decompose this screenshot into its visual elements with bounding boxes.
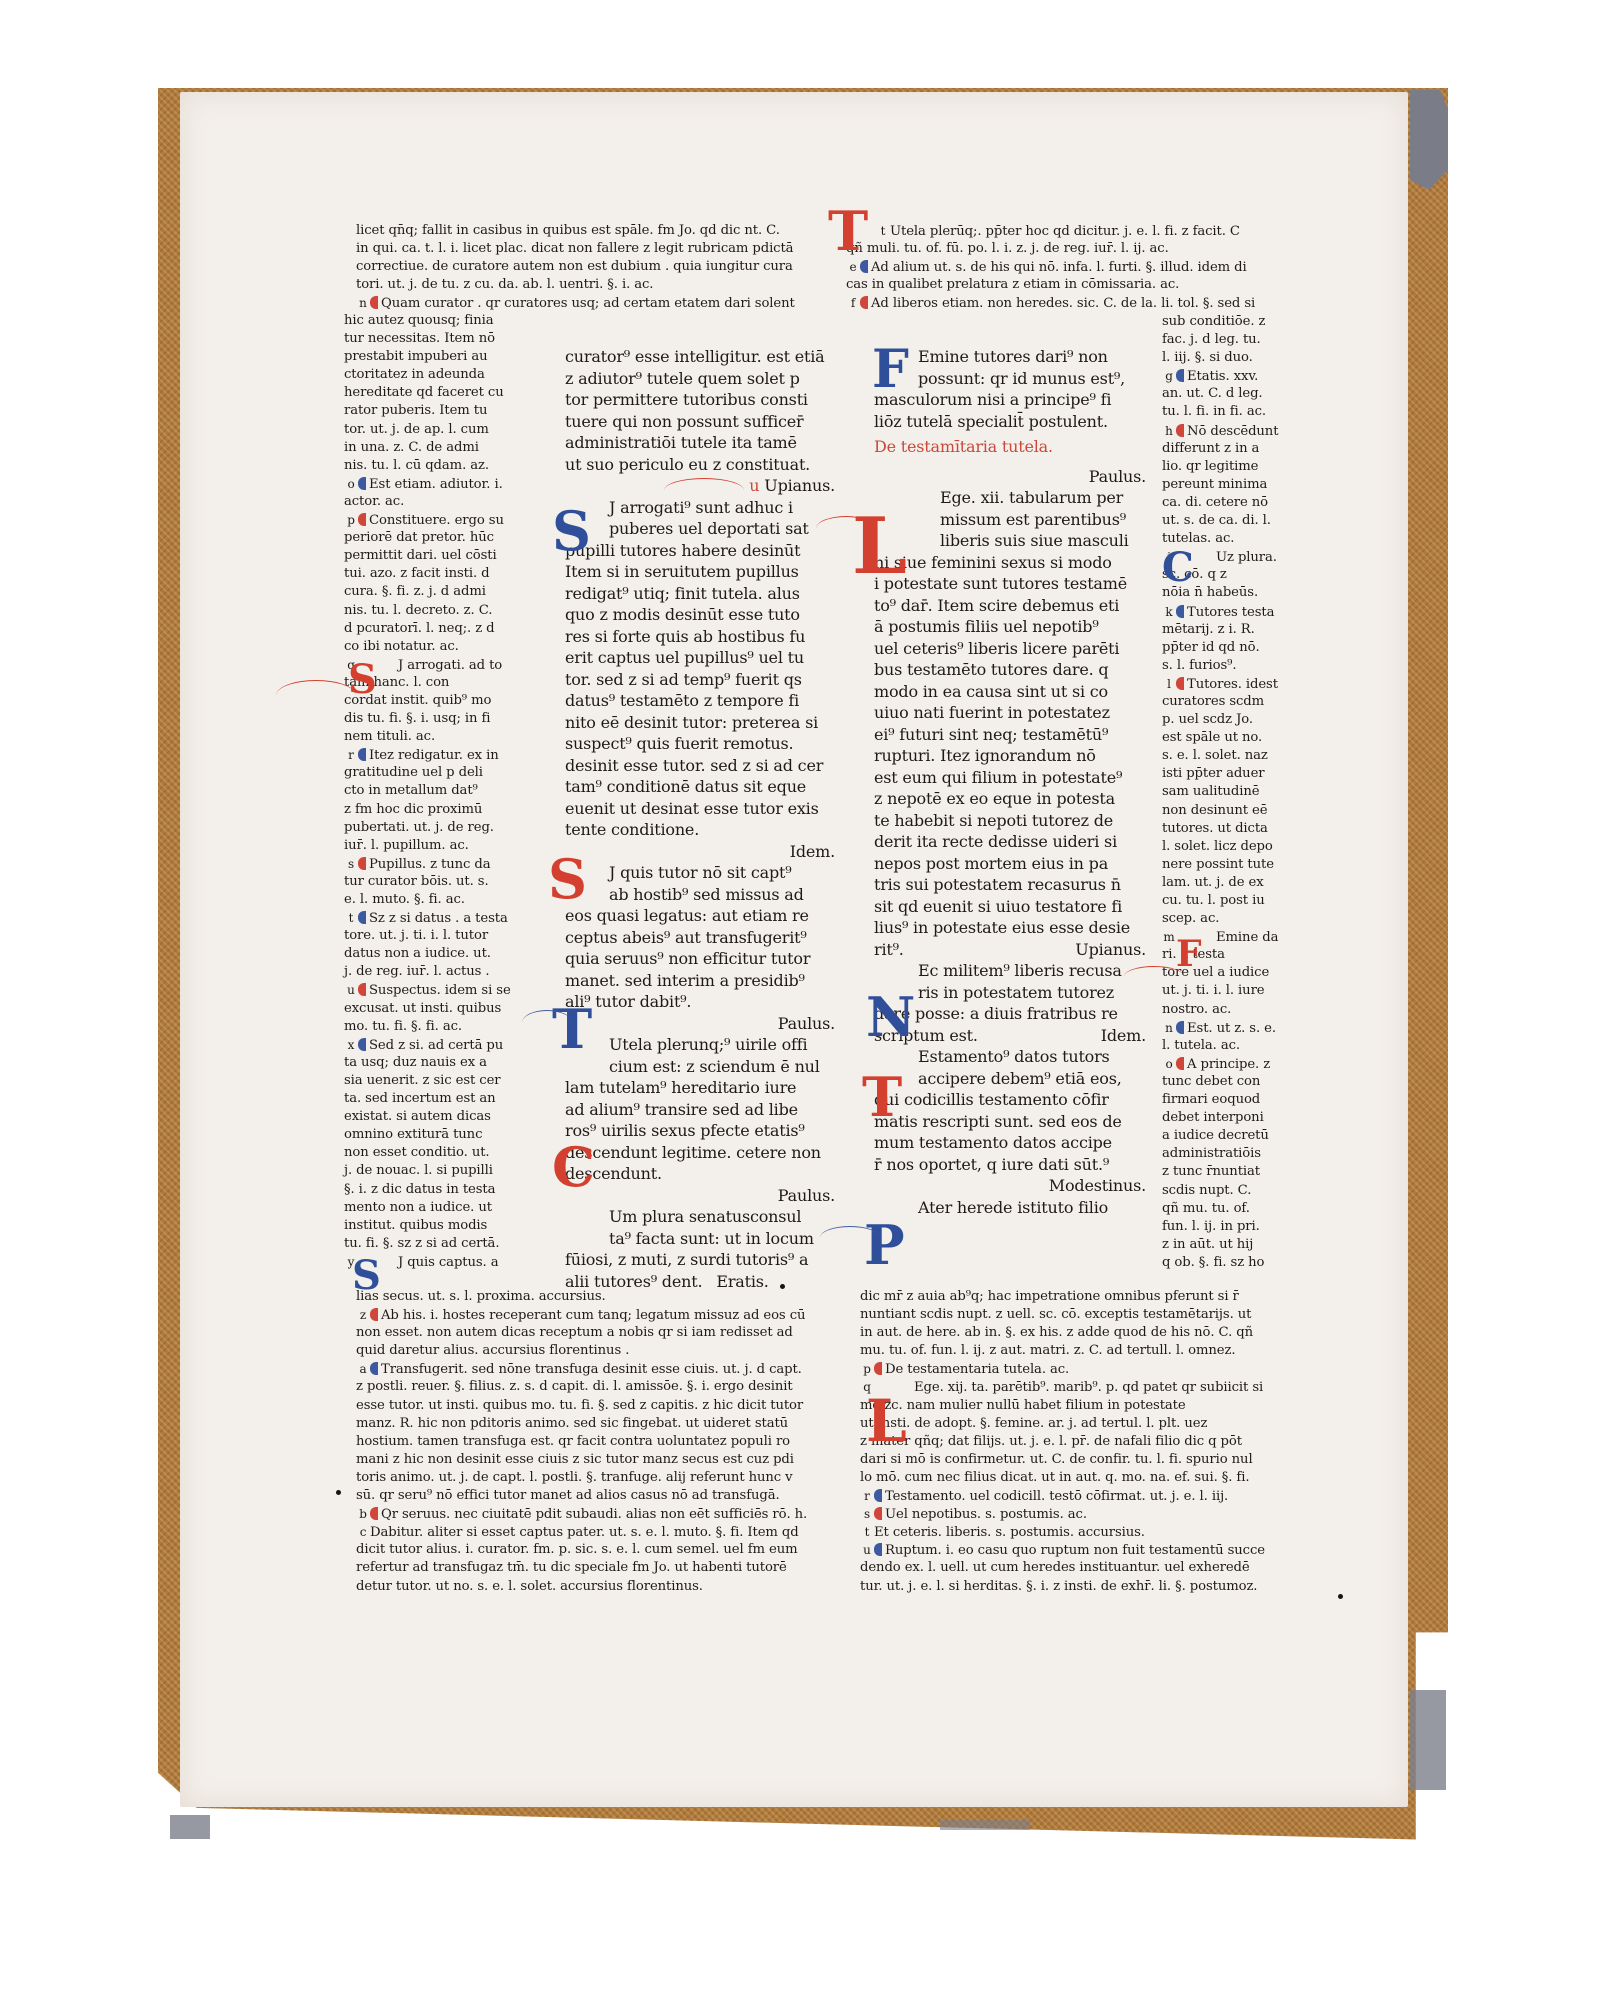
text-line: z in aūt. ut hij (1162, 1236, 1312, 1254)
line-text: Tutores. idest (1187, 677, 1278, 692)
line-text: institut. quibus modis (344, 1218, 487, 1233)
paragraph-mark-icon (370, 296, 378, 309)
gloss-reference-letter: c (356, 1523, 370, 1541)
line-text: a iudice decretū (1162, 1128, 1269, 1143)
gloss-reference-letter: f (846, 294, 860, 312)
text-line: ā postumis filiis uel nepotib⁹ (874, 616, 1146, 638)
text-line: detur tutor. ut no. s. e. l. solet. accu… (356, 1578, 841, 1596)
line-text: ta. sed incertum est an (344, 1091, 496, 1106)
text-line: datus⁹ testamēto z tempore fi (565, 690, 835, 712)
text-line: d pcuratorī. l. neq;. z d (344, 620, 534, 638)
text-line: ceptus abeis⁹ aut transfugerit⁹ (565, 927, 835, 949)
line-text: periorē dat pretor. hūc (344, 530, 494, 545)
text-line: uel ceteris⁹ liberis licere parēti (874, 638, 1146, 660)
text-line: tente conditione. (565, 819, 835, 841)
line-text: non esset. non autem dicas receptum a no… (356, 1325, 793, 1340)
text-line: pDe testamentaria tutela. ac. (860, 1360, 1330, 1378)
text-line: tur necessitas. Item nō (344, 330, 534, 348)
text-line: gEtatis. xxv. (1162, 367, 1312, 385)
paragraph-mark-icon (370, 1507, 378, 1520)
text-line: quo z modis desinūt esse tuto (565, 604, 835, 626)
text-line: tu. l. fi. in fi. ac. (1162, 403, 1312, 421)
line-text: q ob. §. fi. sz ho (1162, 1255, 1264, 1270)
line-text: nostro. ac. (1162, 1002, 1231, 1017)
line-text: nem tituli. ac. (344, 729, 435, 744)
text-line: a iudice decretū (1162, 1127, 1312, 1145)
initial-S-si-arrogati: S (552, 504, 591, 558)
line-text: in aut. de here. ab in. §. ex his. z add… (860, 1325, 1253, 1340)
text-line: debet interponi (1162, 1109, 1312, 1127)
text-line: cDabitur. aliter si esset captus pater. … (356, 1523, 841, 1541)
line-text: tur curator bōis. ut. s. (344, 874, 489, 889)
text-line: j. de reg. iur̄. l. actus . (344, 963, 534, 981)
line-text: nis. tu. l. decreto. z. C. (344, 603, 492, 618)
line-text: iur̄. l. pupillum. ac. (344, 838, 469, 853)
line-text: sū. qr seru⁹ nō effici tutor manet ad al… (356, 1488, 780, 1503)
text-line: ut insti. de adopt. §. femine. ar. j. ad… (860, 1415, 1330, 1433)
line-text: Constituere. ergo su (369, 513, 504, 528)
text-line: ca. di. cetere nō (1162, 494, 1312, 512)
line-text: quid daretur alius. accursius florentinu… (356, 1343, 629, 1358)
line-text: hereditate qd faceret cu (344, 385, 504, 400)
text-line: J quis tutor nō sit capt⁹ (565, 862, 835, 884)
text-line: dic mr̄ z auia ab⁹q; hac impetratione om… (860, 1288, 1330, 1306)
text-line: scep. ac. (1162, 910, 1312, 928)
line-text: Dabitur. aliter si esset captus pater. u… (370, 1525, 799, 1540)
paragraph-mark-icon (874, 1489, 882, 1502)
gloss-reference-letter: k (1162, 603, 1176, 621)
line-text: qñ mu. tu. of. (1162, 1201, 1250, 1216)
text-line: lam tutelam⁹ hereditario iure (565, 1077, 835, 1099)
line-text: Pupillus. z tunc da (369, 857, 491, 872)
text-line: masculorum nisi a principe⁹ fi (874, 389, 1146, 411)
text-line: uSuspectus. idem si se (344, 981, 534, 999)
line-text: tur. ut. j. e. l. si herditas. §. i. z i… (860, 1579, 1257, 1594)
text-line: tam⁹ conditionē datus sit eque (565, 776, 835, 798)
text-line: rupturi. Itez ignorandum nō (874, 745, 1146, 767)
gloss-reference-letter: s (860, 1505, 874, 1523)
line-text: correctiue. de curatore autem non est du… (356, 259, 793, 274)
text-line: tEt ceteris. liberis. s. postumis. accur… (860, 1523, 1330, 1541)
paragraph-mark-icon (358, 911, 366, 924)
gloss-reference-letter: h (1162, 422, 1176, 440)
text-line: s. l. furios⁹. (1162, 657, 1312, 675)
text-line: tori. ut. j. de tu. z cu. da. ab. l. uen… (356, 276, 841, 294)
text-line: pConstituere. ergo su (344, 511, 534, 529)
text-line: l. solet. licz depo (1162, 838, 1312, 856)
text-line: j. de nouac. l. si pupilli (344, 1162, 534, 1180)
line-text: co ibi notatur. ac. (344, 639, 459, 654)
initial-F-feminae: F (872, 344, 909, 396)
gloss-reference-letter: l (1162, 675, 1176, 693)
text-line: licet qn̄q; fallit in casibus in quibus … (356, 222, 841, 240)
line-text: non desinunt eē (1162, 803, 1267, 818)
paragraph-mark-icon (1176, 1021, 1184, 1034)
text-line: hostium. tamen transfuga est. qr facit c… (356, 1433, 841, 1451)
line-text: ca. di. cetere nō (1162, 495, 1268, 510)
text-line: bQr seruus. nec ciuitatē pdit subaudi. a… (356, 1505, 841, 1523)
initial-L-bottom-gloss: L (866, 1392, 907, 1450)
line-text: omnino extiturā tunc (344, 1127, 482, 1142)
text-line: dendo ex. l. uell. ut cum heredes instit… (860, 1559, 1330, 1577)
text-line: lTutores. idest (1162, 675, 1312, 693)
text-line: sUel nepotibus. s. postumis. ac. (860, 1505, 1330, 1523)
text-line: excusat. ut insti. quibus (344, 1000, 534, 1018)
board-worn-edge-bottom-right (1410, 1690, 1446, 1790)
text-line: tur curator bōis. ut. s. (344, 873, 534, 891)
bottom-gloss-left: lias secus. ut. s. l. proxima. accursius… (356, 1288, 841, 1596)
line-text: lo mō. cum nec filius dicat. ut in aut. … (860, 1470, 1249, 1485)
text-line: gratitudine uel p deli (344, 764, 534, 782)
line-text: in una. z. C. de admi (344, 440, 479, 455)
text-line: lo mō. cum nec filius dicat. ut in aut. … (860, 1469, 1330, 1487)
text-line: refertur ad transfugaz tm̄. tu dic speci… (356, 1559, 841, 1577)
line-text: esse tutor. ut insti. quibus mo. tu. fi.… (356, 1398, 803, 1413)
paragraph-mark-icon (358, 513, 366, 526)
text-line: non desinunt eē (1162, 802, 1312, 820)
line-text: Qr seruus. nec ciuitatē pdit subaudi. al… (381, 1507, 807, 1522)
text-line: qEge. xij. ta. parētib⁹. marib⁹. p. qd p… (860, 1378, 1330, 1396)
text-line: qui codicillis testamento cōfir (874, 1089, 1146, 1111)
text-line: fūiosi, z muti, z surdi tutoris⁹ a (565, 1249, 835, 1271)
text-line: erit captus uel pupillus⁹ uel tu (565, 647, 835, 669)
line-text: cu. tu. l. post iu (1162, 893, 1265, 908)
line-text: l. tutela. ac. (1162, 1038, 1240, 1053)
text-line: eAd alium ut. s. de his qui nō. infa. l.… (846, 258, 1326, 276)
line-text: lio. qr legitime (1162, 459, 1258, 474)
text-line: non esset. non autem dicas receptum a no… (356, 1324, 841, 1342)
text-line: toris animo. ut. j. de capt. l. postli. … (356, 1469, 841, 1487)
line-text: nere possint tute (1162, 857, 1274, 872)
paragraph-mark-icon (358, 857, 366, 870)
text-line: administratiōis (1162, 1145, 1312, 1163)
text-line: nere possint tute (1162, 856, 1312, 874)
line-text: z in aūt. ut hij (1162, 1237, 1253, 1252)
text-line: nito eē desinit tutor: preterea si (565, 712, 835, 734)
text-line: pupilli tutores habere desinūt (565, 540, 835, 562)
text-line: ta. sed incertum est an (344, 1090, 534, 1108)
text-line: modo in ea causa sint ut si co (874, 681, 1146, 703)
line-text: ut. s. de ca. di. l. (1162, 513, 1271, 528)
text-line: z adiutor⁹ tutele quem solet p (565, 368, 835, 390)
text-line: hNō descēdunt (1162, 422, 1312, 440)
line-text: nis. tu. l. cū qdam. az. (344, 458, 489, 473)
line-text: Itez redigatur. ex in (369, 748, 499, 763)
text-line: ut. j. ti. i. l. iure (1162, 982, 1312, 1000)
text-line: nepos post mortem eius in pa (874, 853, 1146, 875)
line-text: j. de nouac. l. si pupilli (344, 1163, 493, 1178)
text-line: sam ualitudinē (1162, 783, 1312, 801)
speaker-label: Idem. (565, 841, 835, 863)
line-text: Et ceteris. liberis. s. postumis. accurs… (874, 1525, 1145, 1540)
text-line: puberes uel deportati sat (565, 518, 835, 540)
text-line: dis tu. fi. §. i. usq; in fi (344, 710, 534, 728)
speaker-label: Paulus. (565, 1013, 835, 1035)
text-line: ctoritatez in adeunda (344, 366, 534, 384)
line-text: Ab his. i. hostes receperant cum tanq; l… (381, 1308, 805, 1323)
speaker-label: Paulus. (565, 1185, 835, 1207)
line-text: debet interponi (1162, 1110, 1264, 1125)
line-text: Ad alium ut. s. de his qui nō. infa. l. … (871, 260, 1247, 275)
text-line: curator⁹ esse intelligitur. est etiā (565, 346, 835, 368)
text-line: in una. z. C. de admi (344, 439, 534, 457)
text-line: Um plura senatusconsul (565, 1206, 835, 1228)
text-line: rTestamento. uel codicill. testō cōfirma… (860, 1487, 1330, 1505)
paragraph-mark-icon (874, 1543, 882, 1556)
line-text: cas in qualibet prelatura z etiam in cōm… (846, 277, 1179, 292)
line-text: refertur ad transfugaz tm̄. tu dic speci… (356, 1560, 787, 1575)
line-text: mani z hic non desinit esse ciuis z sic … (356, 1452, 794, 1467)
text-line: suspect⁹ quis fuerit remotus. (565, 733, 835, 755)
text-line: nostro. ac. (1162, 1001, 1312, 1019)
text-line: curatores scdm (1162, 693, 1312, 711)
line-text: tui. azo. z facit insti. d (344, 566, 490, 581)
text-line: ut suo periculo eu z constituat. (565, 454, 835, 476)
line-text: Ruptum. i. eo casu quo ruptum non fuit t… (885, 1543, 1265, 1558)
line-text: existat. si autem dicas (344, 1109, 491, 1124)
line-text: Utela plerūq;. pp̄ter hoc qd dicitur. j.… (890, 224, 1240, 239)
line-text: j. de reg. iur̄. l. actus . (344, 964, 489, 979)
text-line: tuere qui non possunt sufficer̄ (565, 411, 835, 433)
text-line: z postli. reuer. §. filius. z. s. d capi… (356, 1378, 841, 1396)
line-text: scep. ac. (1162, 911, 1219, 926)
speaker-label: Modestinus. (874, 1175, 1146, 1197)
text-line: lio. qr legitime (1162, 458, 1312, 476)
line-text: isti pp̄ter aduer (1162, 766, 1264, 781)
text-line: quid daretur alius. accursius florentinu… (356, 1342, 841, 1360)
text-line: matis rescripti sunt. sed eos de (874, 1111, 1146, 1133)
text-line: periorē dat pretor. hūc (344, 529, 534, 547)
text-line: oEst etiam. adiutor. i. (344, 475, 534, 493)
line-text: p. uel scdz Jo. (1162, 712, 1253, 727)
line-text: z postli. reuer. §. filius. z. s. d capi… (356, 1379, 793, 1394)
text-line: bus testamēto tutores dare. q (874, 659, 1146, 681)
line-text: ta usq; duz nauis ex a (344, 1055, 487, 1070)
gloss-reference-letter: o (344, 475, 358, 493)
text-line: qñ muli. tu. of. fū. po. l. i. z. j. de … (846, 240, 1326, 258)
line-text: l. solet. licz depo (1162, 839, 1273, 854)
pen-flourish (1124, 966, 1184, 987)
line-text: differunt z in a (1162, 441, 1259, 456)
text-line: tris sui potestatem recasurus n̄ (874, 874, 1146, 896)
paragraph-mark-icon (874, 1507, 882, 1520)
rubric-heading: De testamītaria tutela. (874, 436, 1146, 458)
line-text: datus non a iudice. ut. (344, 946, 491, 961)
board-worn-patch-bottom (940, 1820, 1030, 1830)
text-line: permittit dari. uel cōsti (344, 547, 534, 565)
gloss-reference-letter: m (1162, 928, 1176, 946)
line-text: pubertati. ut. j. de reg. (344, 820, 494, 835)
initial-T-testamento: T (862, 1070, 902, 1124)
text-line: differunt z in a (1162, 440, 1312, 458)
gloss-reference-letter: x (344, 1036, 358, 1054)
gloss-reference-letter: a (356, 1360, 370, 1378)
text-line: redigat⁹ utiq; finit tutela. alus (565, 583, 835, 605)
line-text: Ege. xij. ta. parētib⁹. marib⁹. p. qd pa… (914, 1380, 1263, 1395)
text-line: institut. quibus modis (344, 1217, 534, 1235)
line-text: scdis nupt. C. (1162, 1183, 1251, 1198)
line-text: l. iij. §. si duo. (1162, 350, 1253, 365)
text-line: tUtela plerūq;. pp̄ter hoc qd dicitur. j… (846, 222, 1326, 240)
line-text: J quis captus. a (398, 1255, 499, 1270)
text-line: cura. §. fi. z. j. d admi (344, 583, 534, 601)
line-text: sia uenerit. z sic est cer (344, 1073, 501, 1088)
line-text: toris animo. ut. j. de capt. l. postli. … (356, 1470, 793, 1485)
gloss-reference-letter: b (356, 1505, 370, 1523)
text-line: dicit tutor alius. i. curator. fm. p. si… (356, 1541, 841, 1559)
paragraph-mark-icon (860, 296, 868, 309)
text-line: sub conditiōe. z (1162, 313, 1312, 331)
line-text: De testamentaria tutela. ac. (885, 1362, 1069, 1377)
top-gloss-right: tUtela plerūq;. pp̄ter hoc qd dicitur. j… (846, 222, 1326, 312)
gloss-reference-letter: n (1162, 1019, 1176, 1037)
text-line: in qui. ca. t. l. i. licet plac. dicat n… (356, 240, 841, 258)
line-text: an. ut. C. d leg. (1162, 386, 1263, 401)
text-line: non esset conditio. ut. (344, 1144, 534, 1162)
line-text: rator puberis. Item tu (344, 403, 487, 418)
initial-F-gloss-right: F (1176, 936, 1202, 972)
line-text: cura. §. fi. z. j. d admi (344, 584, 486, 599)
text-line: ad alium⁹ transire sed ad libe (565, 1099, 835, 1121)
text-line: i potestate sunt tutores testamē (874, 573, 1146, 595)
text-line: l. tutela. ac. (1162, 1037, 1312, 1055)
text-line: xSed z si. ad certā pu (344, 1036, 534, 1054)
text-line: Utela plerunq;⁹ uirile offi (565, 1034, 835, 1056)
gloss-reference-letter: n (356, 294, 370, 312)
text-line: datus non a iudice. ut. (344, 945, 534, 963)
line-text: Transfugerit. sed nōne transfuga desinit… (381, 1362, 802, 1377)
line-text: dendo ex. l. uell. ut cum heredes instit… (860, 1560, 1250, 1575)
text-line: sū. qr seru⁹ nō effici tutor manet ad al… (356, 1487, 841, 1505)
text-line: co ibi notatur. ac. (344, 638, 534, 656)
text-line: ta⁹ facta sunt: ut in locum (565, 1228, 835, 1250)
line-text: manz. R. hic non pditoris animo. sed sic… (356, 1416, 788, 1431)
text-line: tor. sed z si ad temp⁹ fuerit qs (565, 669, 835, 691)
gloss-reference-letter: t (860, 1523, 874, 1541)
text-line: tor permittere tutoribus consti (565, 389, 835, 411)
text-line: est spāle ut no. (1162, 729, 1312, 747)
line-text: nuntiant scdis nupt. z uell. sc. cō. exc… (860, 1307, 1251, 1322)
line-text: §. i. z dic datus in testa (344, 1182, 495, 1197)
ink-speck (336, 1490, 341, 1495)
text-line: ei⁹ futuri sint neq; testamētū⁹ (874, 724, 1146, 746)
line-text: mō zc. nam mulier nullū habet filium in … (860, 1398, 1186, 1413)
initial-C-gloss-right: C (1162, 548, 1194, 588)
pen-flourish (522, 1010, 572, 1035)
line-text: ut. j. ti. i. l. iure (1162, 983, 1264, 998)
text-line: ros⁹ uirilis sexus pfecte etatis⁹ (565, 1120, 835, 1142)
line-text: Quam curator . qr curatores usq; ad cert… (381, 296, 795, 311)
text-line: zAb his. i. hostes receperant cum tanq; … (356, 1306, 841, 1324)
gloss-reference-letter: z (356, 1306, 370, 1324)
line-text: tu. fi. §. sz z si ad certā. (344, 1236, 499, 1251)
text-line: uiuo nati fuerint in potestatez (874, 702, 1146, 724)
gloss-reference-letter: o (1162, 1055, 1176, 1073)
line-text: sub conditiōe. z (1162, 314, 1265, 329)
text-line: cu. tu. l. post iu (1162, 892, 1312, 910)
paragraph-mark-icon (874, 1362, 882, 1375)
text-line: oA principe. z (1162, 1055, 1312, 1073)
line-text: ut insti. de adopt. §. femine. ar. j. ad… (860, 1416, 1207, 1431)
line-text: tur necessitas. Item nō (344, 331, 495, 346)
line-text: pereunt minima (1162, 477, 1267, 492)
paragraph-mark-icon (358, 748, 366, 761)
ink-speck (1338, 1594, 1343, 1599)
line-text: firmari eoquod (1162, 1092, 1260, 1107)
text-line: pubertati. ut. j. de reg. (344, 819, 534, 837)
text-line: p. uel scdz Jo. (1162, 711, 1312, 729)
line-text: curatores scdm (1162, 694, 1264, 709)
text-line: nis. tu. l. cū qdam. az. (344, 457, 534, 475)
line-text: s. e. l. solet. naz (1162, 748, 1268, 763)
line-text: Est. ut z. s. e. (1187, 1021, 1276, 1036)
text-line: z nepotē ex eo eque in potesta (874, 788, 1146, 810)
text-line: ut. s. de ca. di. l. (1162, 512, 1312, 530)
text-line: z fm hoc dic proximū (344, 801, 534, 819)
line-text: lam. ut. j. de ex (1162, 875, 1264, 890)
text-line: tui. azo. z facit insti. d (344, 565, 534, 583)
line-text: Tutores testa (1187, 605, 1274, 620)
line-text: mento non a iudice. ut (344, 1200, 492, 1215)
text-line: z mater qñq; dat filijs. ut. j. e. l. pr… (860, 1433, 1330, 1451)
text-line: cas in qualibet prelatura z etiam in cōm… (846, 276, 1326, 294)
text-line: liberis suis siue masculi (874, 530, 1146, 552)
line-text: actor. ac. (344, 494, 404, 509)
line-text: Ad liberos etiam. non heredes. sic. C. d… (871, 296, 1255, 311)
top-gloss-left: licet qn̄q; fallit in casibus in quibus … (356, 222, 841, 312)
text-line: prestabit impuberi au (344, 348, 534, 366)
text-line: Item si in seruitutem pupillus (565, 561, 835, 583)
text-line: ta usq; duz nauis ex a (344, 1054, 534, 1072)
gloss-reference-letter: r (860, 1487, 874, 1505)
line-text: fun. l. ij. in pri. (1162, 1219, 1260, 1234)
bottom-gloss-right: dic mr̄ z auia ab⁹q; hac impetratione om… (860, 1288, 1330, 1596)
initial-S-gloss-left-lower: S (352, 1256, 381, 1296)
line-text: licet qn̄q; fallit in casibus in quibus … (356, 223, 780, 238)
text-line: nem tituli. ac. (344, 728, 534, 746)
line-text: dis tu. fi. §. i. usq; in fi (344, 711, 490, 726)
text-line: ni siue feminini sexus si modo (874, 552, 1146, 574)
text-line: sia uenerit. z sic est cer (344, 1072, 534, 1090)
text-line: desinit esse tutor. sed z si ad cer (565, 755, 835, 777)
line-text: Uz plura. (1216, 550, 1277, 565)
line-text: pp̄ter id qd nō. (1162, 640, 1260, 655)
text-line: euenit ut desinat esse tutor exis (565, 798, 835, 820)
text-line: esse tutor. ut insti. quibus mo. tu. fi.… (356, 1397, 841, 1415)
line-text: e. l. muto. §. fi. ac. (344, 892, 465, 907)
text-line: descendunt legitime. cetere non (565, 1142, 835, 1164)
line-text: cto in metallum dat⁹ (344, 783, 478, 798)
gloss-reference-letter: p (860, 1360, 874, 1378)
text-line: pp̄ter id qd nō. (1162, 639, 1312, 657)
text-line: e. l. muto. §. fi. ac. (344, 891, 534, 909)
text-line: sit qd euenit si uiuo testatore fi (874, 896, 1146, 918)
line-text: mu. tu. of. fun. l. ij. z aut. matri. z.… (860, 1343, 1235, 1358)
line-text: dic mr̄ z auia ab⁹q; hac impetratione om… (860, 1289, 1239, 1304)
text-line: fun. l. ij. in pri. (1162, 1218, 1312, 1236)
text-line: Estamento⁹ datos tutors (874, 1046, 1146, 1068)
line-text: detur tutor. ut no. s. e. l. solet. accu… (356, 1579, 703, 1594)
line-text: J arrogati. ad to (398, 658, 502, 673)
line-text: Etatis. xxv. (1187, 369, 1258, 384)
text-line: s. e. l. solet. naz (1162, 747, 1312, 765)
board-worn-corner-bottom-left (170, 1815, 210, 1839)
text-line: rItez redigatur. ex in (344, 746, 534, 764)
text-line: tor. ut. j. de ap. l. cum (344, 421, 534, 439)
text-line: cium est: z sciendum ē nul (565, 1056, 835, 1078)
left-margin-gloss: hic autez quousq; finiatur necessitas. I… (344, 312, 534, 1271)
line-text: Nō descēdunt (1187, 424, 1278, 439)
